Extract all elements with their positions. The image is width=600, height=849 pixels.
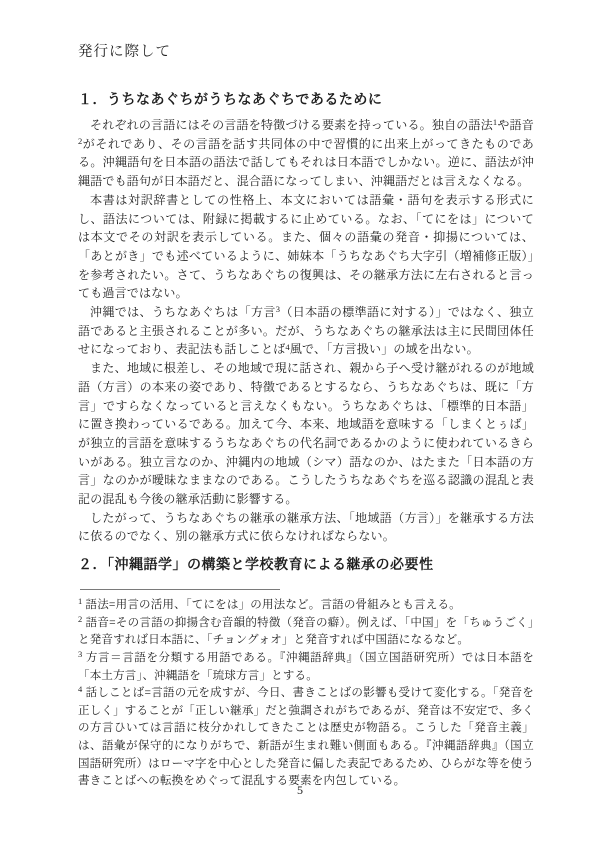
page-number: 5 xyxy=(0,783,600,798)
paragraph-text: 沖縄では、うちなあぐちは「方言 xyxy=(90,305,276,319)
footnote-ref: 3 xyxy=(276,304,280,314)
footnote-number: 3 xyxy=(78,649,82,659)
paragraph-text: したがって、うちなあぐちの継承の継承方法、「地域語（方言）」を継承する方法に依る… xyxy=(78,511,534,544)
paragraph-text: や語音 xyxy=(497,118,534,132)
section2-heading: ２．「沖縄語学」の構築と学校教育による継承の必要性 xyxy=(78,556,534,576)
footnote-text: 話しことば=言語の元を成すが、今日、書きことばの影響も受けて変化する。「発音を正… xyxy=(78,687,534,787)
footnote-text: 語法=用言の活用、「てにをは」の用法など。言語の骨組みとも言える。 xyxy=(82,599,460,611)
paragraph: それぞれの言語にはその言語を特徴づける要素を持っている。独自の語法1や語音2がそ… xyxy=(78,116,534,191)
page-title: 発行に際して xyxy=(78,40,534,61)
section1-body: それぞれの言語にはその言語を特徴づける要素を持っている。独自の語法1や語音2がそ… xyxy=(78,116,534,546)
footnote-ref: 1 xyxy=(493,117,497,127)
footnote-separator xyxy=(80,589,280,590)
footnote: 4 話しことば=言語の元を成すが、今日、書きことばの影響も受けて変化する。「発音… xyxy=(78,685,534,791)
footnote-number: 1 xyxy=(78,596,82,606)
footnote-ref: 4 xyxy=(285,342,289,352)
paragraph-text: がそれであり、その言語を話す共同体の中で習慣的に出来上がってきたものである。沖縄… xyxy=(78,137,534,188)
footnote-number: 4 xyxy=(78,684,82,694)
paragraph: また、地域に根差し、その地域で現に話され、親から子へ受け継がれるのが地域語（方言… xyxy=(78,359,534,509)
paragraph-text: 風で、「方言扱い」の域を出ない。 xyxy=(290,342,479,356)
paragraph: 本書は対訳辞書としての性格上、本文においては語彙・語句を表示する形式にし、語法に… xyxy=(78,191,534,303)
footnote: 1 語法=用言の活用、「てにをは」の用法など。言語の骨組みとも言える。 xyxy=(78,597,534,615)
paragraph-text: また、地域に根差し、その地域で現に話され、親から子へ受け継がれるのが地域語（方言… xyxy=(78,361,534,506)
paragraph-text: それぞれの言語にはその言語を特徴づける要素を持っている。独自の語法 xyxy=(90,118,493,132)
footnote-ref: 2 xyxy=(78,136,82,146)
footnote: 3 方言＝言語を分類する用語である。『沖縄語辞典』（国立国語研究所）では日本語を… xyxy=(78,650,534,685)
footnote: 2 語音=その言語の抑揚含む音韻的特徴（発音の癖）。例えば、「中国」を「ちゅうご… xyxy=(78,615,534,650)
paragraph-text: 本書は対訳辞書としての性格上、本文においては語彙・語句を表示する形式にし、語法に… xyxy=(78,193,534,301)
section1-heading: １．うちなあぐちがうちなあぐちであるために xyxy=(78,91,534,111)
footnote-text: 語音=その言語の抑揚含む音韻的特徴（発音の癖）。例えば、「中国」を「ちゅうごく」… xyxy=(78,617,534,647)
footnote-number: 2 xyxy=(78,614,82,624)
document-page: 発行に際して １．うちなあぐちがうちなあぐちであるために それぞれの言語にはその… xyxy=(0,0,600,849)
paragraph: 沖縄では、うちなあぐちは「方言3（日本語の標準語に対する）」ではなく、独立語であ… xyxy=(78,303,534,359)
paragraph: したがって、うちなあぐちの継承の継承方法、「地域語（方言）」を継承する方法に依る… xyxy=(78,509,534,546)
footnotes: 1 語法=用言の活用、「てにをは」の用法など。言語の骨組みとも言える。2 語音=… xyxy=(78,597,534,791)
footnote-text: 方言＝言語を分類する用語である。『沖縄語辞典』（国立国語研究所）では日本語を「本… xyxy=(78,652,534,682)
